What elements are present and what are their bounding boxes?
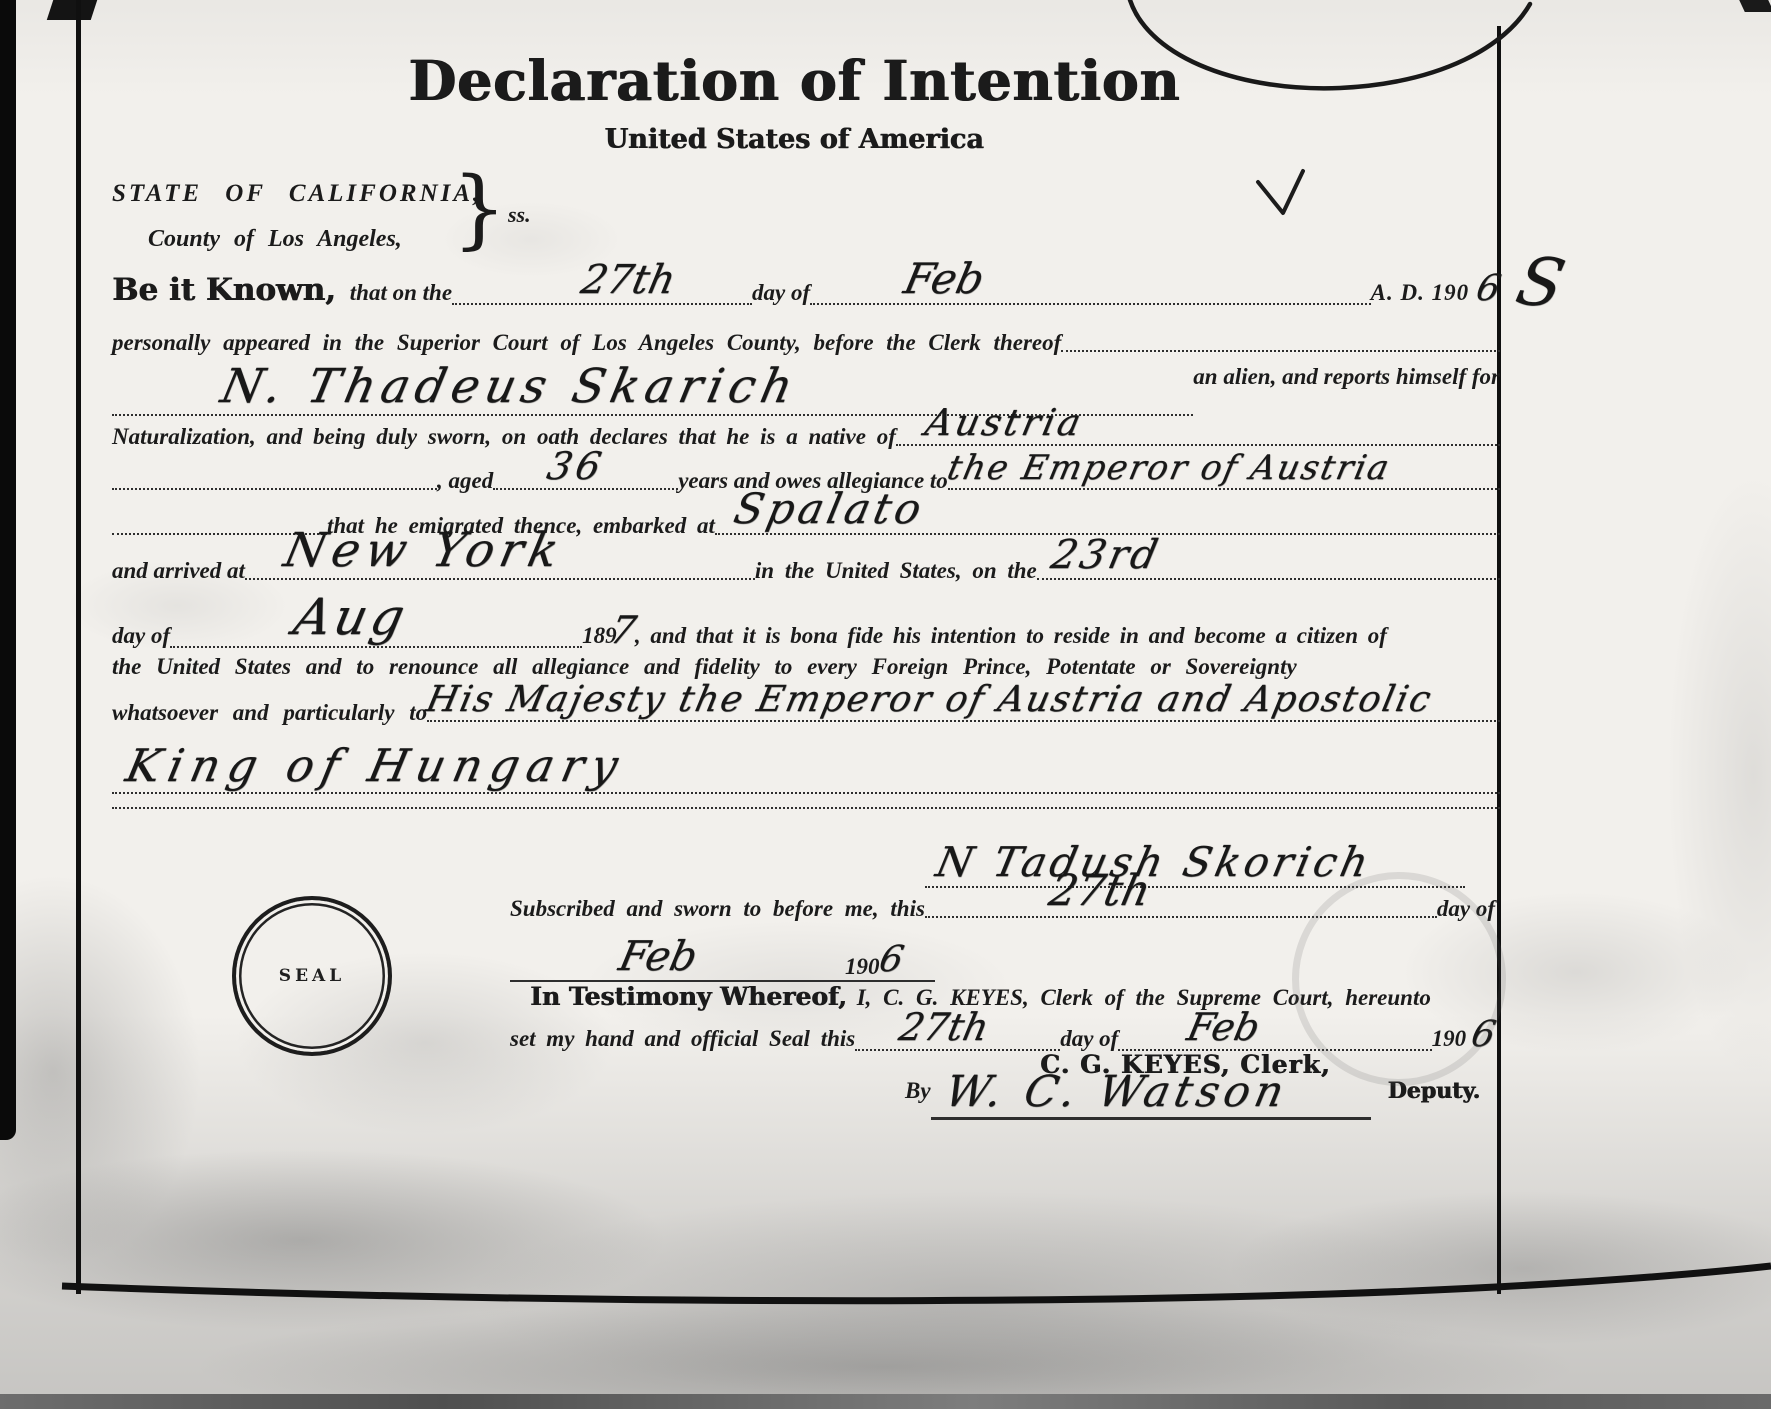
by-label: By <box>905 1078 931 1104</box>
arrived-at-label: and arrived at <box>112 558 245 584</box>
line-arrival-date: day of Aug 189 7 , and that it is bona f… <box>112 608 1500 652</box>
checkmark-icon <box>1258 171 1303 213</box>
allegiance-blank: the Emperor of Austria <box>948 479 1500 490</box>
seal-clause: set my hand and official Seal this <box>510 1026 855 1052</box>
be-it-known-label: Be it Known, <box>112 272 336 308</box>
arrival-month-value: Aug <box>289 588 414 646</box>
jurat-month-blank: Feb 1906 <box>510 971 935 982</box>
line-appeared: personally appeared in the Superior Cour… <box>112 330 1500 356</box>
jurat-year-prefix: 190 <box>845 954 880 979</box>
line-declarant: N. Thadeus Skarich an alien, and reports… <box>112 364 1500 420</box>
signature-value: N Tadush Skorich <box>932 838 1377 886</box>
native-country-value: Austria <box>921 401 1087 444</box>
line-sovereign-2: King of Hungary <box>112 748 1500 798</box>
renounce-clause: the United States and to renounce all al… <box>112 654 1297 680</box>
native-country-blank: Austria <box>896 435 1500 446</box>
alien-clause: an alien, and reports himself for <box>1193 364 1500 390</box>
age-blank: 36 <box>493 479 678 490</box>
ad-year-digit: 6 <box>1473 268 1505 309</box>
line-blank <box>112 798 1500 813</box>
seal-label: SEAL <box>279 966 345 986</box>
line-naturalization: Naturalization, and being duly sworn, on… <box>112 424 1500 450</box>
jurat-year: 1906 <box>845 954 880 980</box>
day-of-label: day of <box>752 280 810 306</box>
jurat-day-value: 27th <box>1045 866 1155 916</box>
faint-stamp-ring <box>1292 872 1506 1086</box>
month-blank: Feb <box>810 294 1370 305</box>
blank-rule <box>112 798 1500 809</box>
seal-day-blank: 27th <box>855 1040 1060 1051</box>
deputy-signature-blank: W. C. Watson <box>931 1108 1372 1120</box>
seal-day-value: 27th <box>896 1005 993 1049</box>
sovereign-value-2: King of Hungary <box>121 739 630 792</box>
age-value: 36 <box>544 444 610 488</box>
that-on-the-label: that on the <box>350 280 452 306</box>
document-page: S Declaration of Intention United States… <box>0 0 1771 1409</box>
subscribed-clause: Subscribed and sworn to before me, this <box>510 896 925 922</box>
testimony-lead: In Testimony Whereof, <box>530 982 847 1011</box>
venue-state: STATE OF CALIFORNIA, <box>112 180 482 208</box>
line-renounce: the United States and to renounce all al… <box>112 654 1500 680</box>
appeared-clause: personally appeared in the Superior Cour… <box>112 330 1061 356</box>
line-particularly: whatsoever and particularly to His Majes… <box>112 700 1500 726</box>
embarkation-value: Spalato <box>730 484 930 533</box>
arrival-port-value: New York <box>279 523 569 578</box>
venue-brace: } <box>452 166 507 252</box>
page-subtitle: United States of America <box>90 124 1498 155</box>
sovereign-blank-1: His Majesty the Emperor of Austria and A… <box>427 711 1500 722</box>
seal-day-of-label: day of <box>1060 1026 1118 1052</box>
allegiance-value: the Emperor of Austria <box>944 448 1395 488</box>
clerk-blank <box>1061 341 1500 352</box>
arrival-day-of-label: day of <box>112 623 170 649</box>
arrival-day-blank: 23rd <box>1037 569 1500 580</box>
venue-county: County of Los Angeles, <box>148 226 402 253</box>
in-us-clause: in the United States, on the <box>755 558 1037 584</box>
page-title: Declaration of Intention <box>90 48 1498 113</box>
aged-label: , aged <box>437 468 493 494</box>
declarant-name-value: N. Thadeus Skarich <box>216 359 803 414</box>
jurat-year-digit: 6 <box>875 939 907 980</box>
pre-aged-blank <box>112 479 437 490</box>
arrival-port-blank: New York <box>245 569 755 580</box>
line-jurat-date: Feb 1906 <box>510 942 935 986</box>
jurat-month-value: Feb <box>615 932 702 980</box>
arrival-month-blank: Aug <box>170 637 582 648</box>
day-value: 27th <box>577 257 680 303</box>
ad-year-prefix: A. D. 190 <box>1371 280 1469 306</box>
naturalization-clause: Naturalization, and being duly sworn, on… <box>112 424 896 450</box>
bona-fide-clause: , and that it is bona fide his intention… <box>635 623 1387 649</box>
line-be-it-known: Be it Known, that on the 27th day of Feb… <box>112 268 1500 309</box>
arrival-day-value: 23rd <box>1047 532 1164 578</box>
sovereign-value-1: His Majesty the Emperor of Austria and A… <box>423 679 1437 720</box>
deputy-signature-value: W. C. Watson <box>940 1067 1292 1117</box>
notary-seal: SEAL <box>232 896 392 1056</box>
particularly-clause: whatsoever and particularly to <box>112 700 427 726</box>
sovereign-blank-2: King of Hungary <box>112 783 1500 794</box>
seal-month-value: Feb <box>1184 1005 1264 1049</box>
day-blank: 27th <box>452 294 752 305</box>
month-value: Feb <box>900 254 989 303</box>
line-arrived: and arrived at New York in the United St… <box>112 558 1500 584</box>
venue-ss: ss. <box>508 202 531 228</box>
